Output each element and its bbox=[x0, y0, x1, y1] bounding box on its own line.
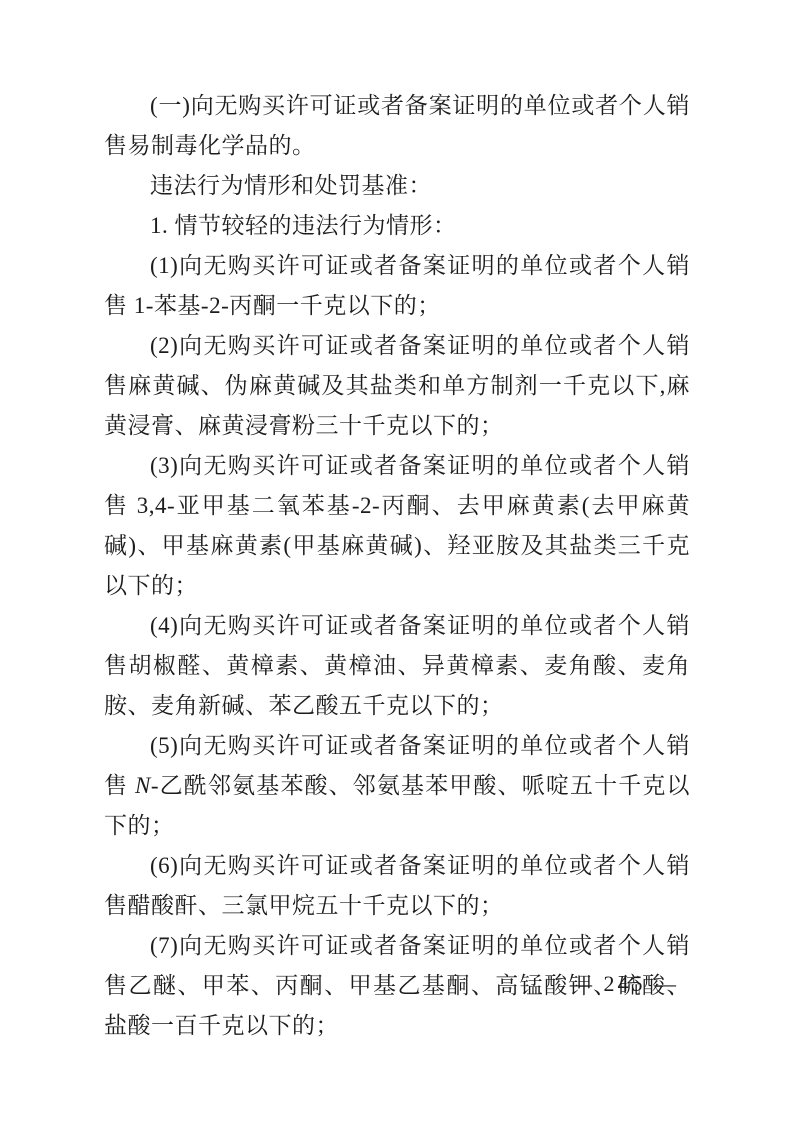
item-5-chemical-symbol-n: N bbox=[135, 773, 151, 798]
paragraph-item-1: (1)向无购买许可证或者备案证明的单位或者个人销售 1-苯基-2-丙酮一千克以下… bbox=[104, 246, 690, 326]
paragraph-item-6: (6)向无购买许可证或者备案证明的单位或者个人销售醋酸酐、三氯甲烷五十千克以下的… bbox=[104, 846, 690, 926]
document-body: (一)向无购买许可证或者备案证明的单位或者个人销售易制毒化学品的。 违法行为情形… bbox=[104, 86, 690, 1046]
paragraph-item-2: (2)向无购买许可证或者备案证明的单位或者个人销售麻黄碱、伪麻黄碱及其盐类和单方… bbox=[104, 326, 690, 446]
paragraph-item-5: (5)向无购买许可证或者备案证明的单位或者个人销售 N-乙酰邻氨基苯酸、邻氨基苯… bbox=[104, 726, 690, 846]
item-5-text-suffix: -乙酰邻氨基苯酸、邻氨基苯甲酸、哌啶五十千克以下的； bbox=[104, 773, 690, 838]
paragraph-item-3: (3)向无购买许可证或者备案证明的单位或者个人销售 3,4-亚甲基二氧苯基-2-… bbox=[104, 446, 690, 606]
document-page: (一)向无购买许可证或者备案证明的单位或者个人销售易制毒化学品的。 违法行为情形… bbox=[0, 0, 793, 1122]
page-number: — 245 — bbox=[570, 971, 679, 997]
paragraph-item-4: (4)向无购买许可证或者备案证明的单位或者个人销售胡椒醛、黄樟素、黄樟油、异黄樟… bbox=[104, 606, 690, 726]
paragraph-clause-1-intro: (一)向无购买许可证或者备案证明的单位或者个人销售易制毒化学品的。 bbox=[104, 86, 690, 166]
paragraph-penalty-heading: 违法行为情形和处罚基准： bbox=[104, 166, 690, 206]
paragraph-minor-violation-heading: 1. 情节较轻的违法行为情形： bbox=[104, 206, 690, 246]
